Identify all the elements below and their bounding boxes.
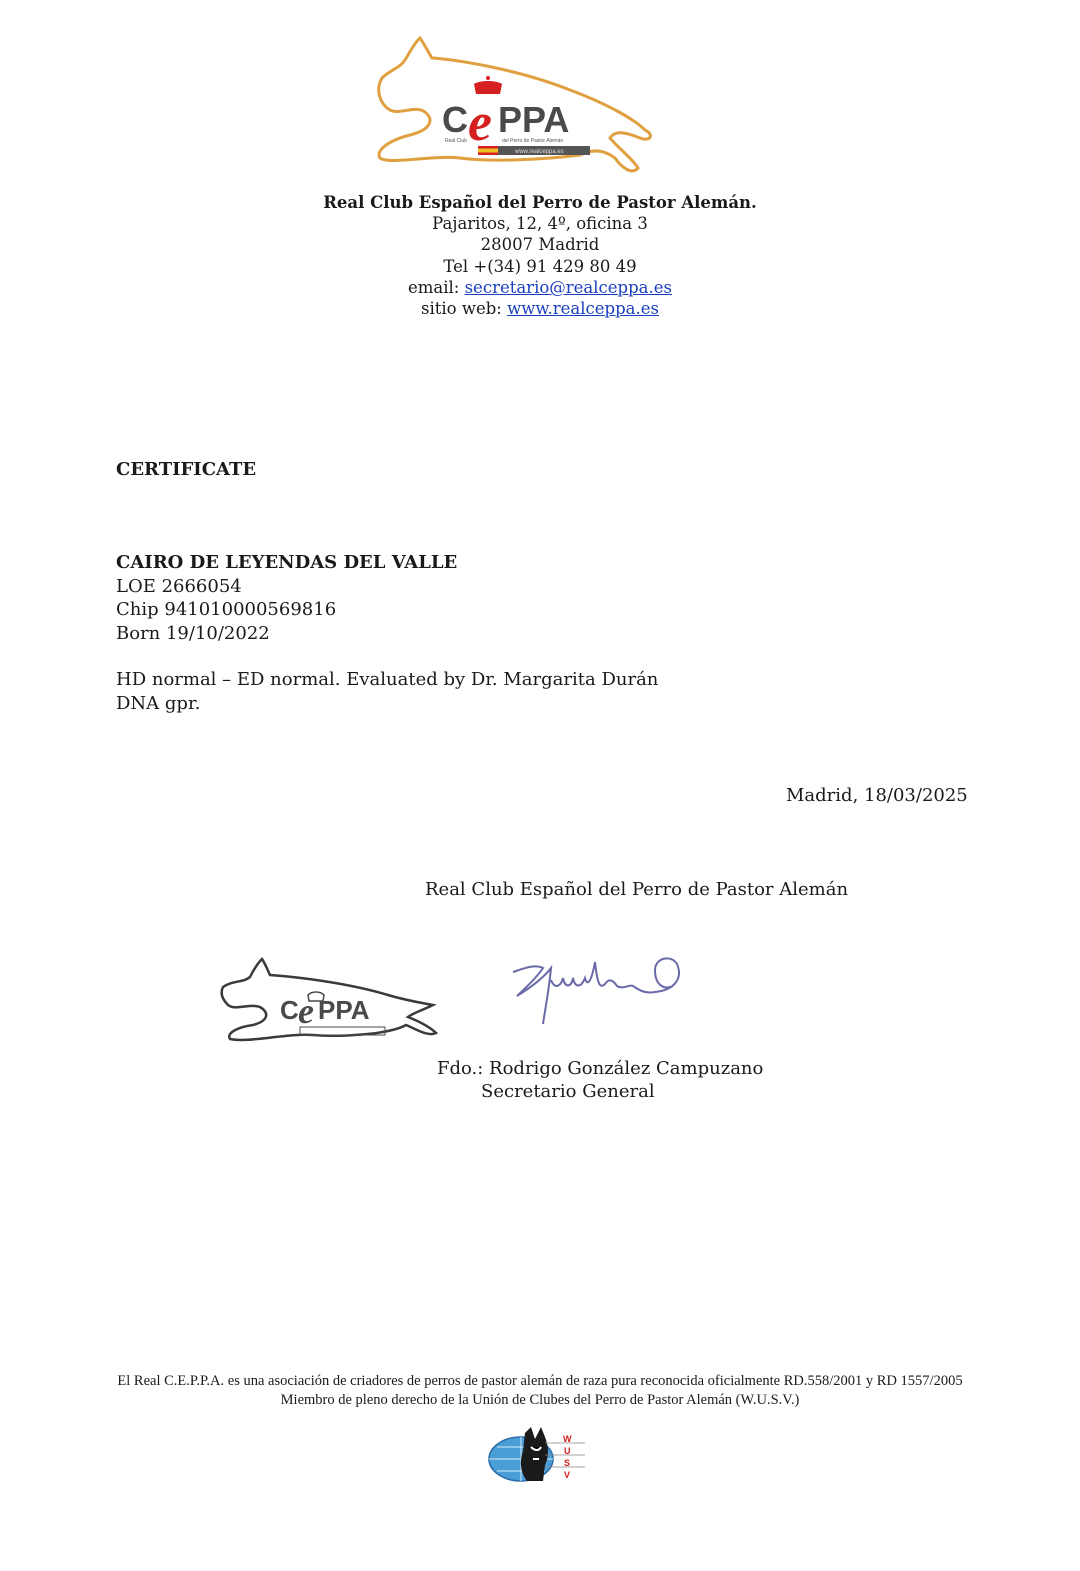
svg-text:S: S bbox=[564, 1458, 570, 1468]
website-row: sitio web: www.realceppa.es bbox=[0, 298, 1080, 319]
website-label: sitio web: bbox=[421, 299, 507, 318]
svg-text:www.realceppa.es: www.realceppa.es bbox=[514, 149, 564, 155]
address-line-1: Pajaritos, 12, 4º, oficina 3 bbox=[0, 213, 1080, 234]
organization-header: Real Club Español del Perro de Pastor Al… bbox=[0, 192, 1080, 319]
svg-text:e: e bbox=[468, 92, 492, 152]
issue-date: Madrid, 18/03/2025 bbox=[786, 785, 968, 806]
evaluation-text: HD normal – ED normal. Evaluated by Dr. … bbox=[116, 668, 658, 692]
footer-line-1: El Real C.E.P.P.A. es una asociación de … bbox=[0, 1372, 1080, 1391]
svg-text:U: U bbox=[564, 1446, 571, 1456]
email-row: email: secretario@realceppa.es bbox=[0, 277, 1080, 298]
website-link[interactable]: www.realceppa.es bbox=[507, 299, 659, 318]
email-label: email: bbox=[408, 278, 465, 297]
signer-block: Fdo.: Rodrigo González Campuzano Secreta… bbox=[437, 1057, 763, 1103]
svg-text:PPA: PPA bbox=[498, 99, 569, 140]
ceppa-stamp-icon: C e PPA bbox=[218, 955, 443, 1047]
svg-text:C: C bbox=[280, 995, 299, 1025]
dog-born: Born 19/10/2022 bbox=[116, 622, 457, 646]
ceppa-logo-icon: C e PPA Real Club del Perro de Pastor Al… bbox=[370, 30, 670, 185]
svg-text:C: C bbox=[442, 99, 468, 140]
svg-text:W: W bbox=[563, 1434, 572, 1444]
evaluation-block: HD normal – ED normal. Evaluated by Dr. … bbox=[116, 668, 658, 716]
handwritten-signature-icon bbox=[505, 950, 690, 1030]
svg-text:e: e bbox=[298, 991, 314, 1031]
footer-line-2: Miembro de pleno derecho de la Unión de … bbox=[0, 1391, 1080, 1410]
organization-name: Real Club Español del Perro de Pastor Al… bbox=[0, 192, 1080, 213]
signer-title: Secretario General bbox=[437, 1080, 763, 1103]
dog-name: CAIRO DE LEYENDAS DEL VALLE bbox=[116, 551, 457, 575]
wusv-logo-icon: W U S V bbox=[487, 1425, 587, 1489]
phone-number: Tel +(34) 91 429 80 49 bbox=[0, 256, 1080, 277]
svg-text:Real Club: Real Club bbox=[445, 138, 467, 144]
dog-details: CAIRO DE LEYENDAS DEL VALLE LOE 2666054 … bbox=[116, 551, 457, 645]
club-signature-line: Real Club Español del Perro de Pastor Al… bbox=[425, 879, 848, 900]
footer: El Real C.E.P.P.A. es una asociación de … bbox=[0, 1372, 1080, 1410]
dog-loe: LOE 2666054 bbox=[116, 575, 457, 599]
svg-text:del Perro de Pastor Alemán: del Perro de Pastor Alemán bbox=[502, 138, 563, 144]
address-line-2: 28007 Madrid bbox=[0, 234, 1080, 255]
email-link[interactable]: secretario@realceppa.es bbox=[465, 278, 672, 297]
svg-text:V: V bbox=[564, 1470, 570, 1480]
signer-name: Fdo.: Rodrigo González Campuzano bbox=[437, 1057, 763, 1080]
dog-chip: Chip 941010000569816 bbox=[116, 598, 457, 622]
dna-text: DNA gpr. bbox=[116, 692, 658, 716]
document-title: CERTIFICATE bbox=[116, 459, 256, 480]
svg-text:PPA: PPA bbox=[318, 995, 370, 1025]
